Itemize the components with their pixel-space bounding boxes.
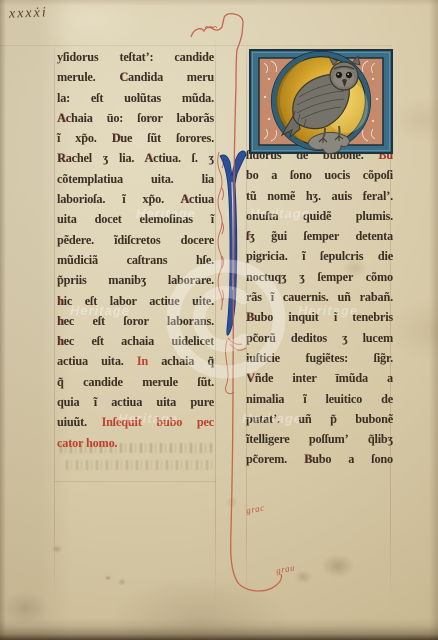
body-text: p̃priis manibʒ laborare. bbox=[57, 273, 214, 287]
owl-miniature bbox=[249, 49, 393, 154]
text-line: yſidorus teſtatʼ: candide bbox=[57, 47, 214, 67]
text-line: putatʼ. uñ p̃ bubonẽ bbox=[246, 409, 393, 429]
body-text: merule. bbox=[57, 70, 119, 84]
text-line: ſʒ g̃ui ſemper detenta bbox=[246, 226, 393, 246]
body-text: R bbox=[57, 151, 66, 165]
text-line: noctuqʒ ʒ ſemper cõmo bbox=[246, 267, 393, 287]
body-text: yſidorus teſtatʼ: candide bbox=[57, 50, 214, 64]
body-text: ec eſt ſoror laborans. bbox=[64, 314, 214, 328]
text-line: uita docet elemoſinas ĩ bbox=[57, 209, 214, 229]
text-line: merule. Candida meru bbox=[57, 67, 214, 87]
body-text: ctiua. ſ. ʒ bbox=[153, 151, 214, 165]
text-line: pigricia. ĩ ſepulcris die bbox=[246, 246, 393, 266]
body-text: ubo inquit ĩ tenebris bbox=[254, 310, 393, 324]
text-line: p̃priis manibʒ laborare. bbox=[57, 270, 214, 290]
body-text: cõtemplatiua uita. lia bbox=[57, 172, 214, 186]
body-text: h bbox=[57, 294, 64, 308]
text-line: onuſta quidẽ plumis. bbox=[246, 206, 393, 226]
body-text: nimalia ĩ leuitico de bbox=[246, 392, 393, 406]
body-text: pẽdere. ĩdiſcretos docere bbox=[57, 233, 214, 247]
text-line: cator homo. bbox=[57, 433, 214, 453]
body-text: A bbox=[144, 151, 153, 165]
body-text: chaia ūo: ſoror laborãs bbox=[66, 111, 214, 125]
body-text: mũdiciã caſtrans hſe. bbox=[57, 253, 214, 267]
text-line: ĩtelligere poſſumʼ q̃libʒ bbox=[246, 429, 393, 449]
body-text: ñde inter īmũda a bbox=[255, 371, 393, 385]
body-text: C bbox=[119, 70, 128, 84]
text-line: la: eſt uolũtas mũda. bbox=[57, 88, 214, 108]
body-text: uita docet elemoſinas ĩ bbox=[57, 212, 214, 226]
body-text: ubo a ſono bbox=[312, 452, 393, 466]
text-line: hec eſt ſoror laborans. bbox=[57, 311, 214, 331]
body-text: ĩ xp̃o. bbox=[57, 131, 112, 145]
body-text: la: eſt uolũtas mũda. bbox=[57, 91, 214, 105]
body-text: tũ nomẽ hʒ. auis feralʼ. bbox=[246, 189, 393, 203]
rubric-text: Inſequit bubo pec bbox=[102, 415, 214, 429]
text-line: Vñde inter īmũda a bbox=[246, 368, 393, 388]
text-line: nimalia ĩ leuitico de bbox=[246, 389, 393, 409]
text-line: actiua uita. In achaia q̃ bbox=[57, 351, 214, 371]
body-text: h bbox=[57, 314, 64, 328]
text-line: Bubo inquit ĩ tenebris bbox=[246, 307, 393, 327]
initial-y bbox=[216, 148, 250, 398]
body-text: bo a ſono uocis cõpoſi bbox=[246, 168, 393, 182]
body-text: ic eſt labor actiue uite. bbox=[64, 294, 214, 308]
body-text: achaia q̃ bbox=[148, 354, 214, 368]
show-through-text bbox=[66, 460, 212, 470]
text-line: Achaia ūo: ſoror laborãs bbox=[57, 108, 214, 128]
text-line: hic eſt labor actiue uite. bbox=[57, 291, 214, 311]
text-line: iuſticie fugiẽtes: ſig̃r. bbox=[246, 348, 393, 368]
ruling-line-horizontal bbox=[0, 45, 392, 46]
text-line: rãs ĩ cauernis. uñ rabañ. bbox=[246, 287, 393, 307]
text-line: ĩ xp̃o. Due ſũt ſorores. bbox=[57, 128, 214, 148]
body-text: onuſta quidẽ plumis. bbox=[246, 209, 393, 223]
body-text: actiua uita. bbox=[57, 354, 137, 368]
body-text: A bbox=[57, 111, 66, 125]
text-line: pẽdere. ĩdiſcretos docere bbox=[57, 230, 214, 250]
body-text: putatʼ. uñ p̃ bubonẽ bbox=[246, 412, 393, 426]
text-line: cõtemplatiua uita. lia bbox=[57, 169, 214, 189]
text-line: quia ĩ actiua uita pure bbox=[57, 392, 214, 412]
text-line: Rachel ʒ lia. Actiua. ſ. ʒ bbox=[57, 148, 214, 168]
text-line: hec eſt achaia uidelicet bbox=[57, 331, 214, 351]
body-text: pigricia. ĩ ſepulcris die bbox=[246, 249, 393, 263]
left-text-column: yſidorus teſtatʼ: candidemerule. Candida… bbox=[57, 47, 214, 453]
body-text: quia ĩ actiua uita pure bbox=[57, 395, 214, 409]
body-text: q̃ candide merule ſũt. bbox=[57, 375, 214, 389]
manuscript-page: xxxẋi yſidorus teſtatʼ: candidemerule. C… bbox=[0, 0, 438, 640]
pen-trial-word: grau bbox=[275, 562, 295, 575]
text-line: laborioſa. ĩ xp̃o. Actiua bbox=[57, 189, 214, 209]
text-line: bo a ſono uocis cõpoſi bbox=[246, 165, 393, 185]
body-text: B bbox=[304, 452, 312, 466]
body-text: noctuqʒ ʒ ſemper cõmo bbox=[246, 270, 393, 284]
text-line: q̃ candide merule ſũt. bbox=[57, 372, 214, 392]
pen-trial-word: grac bbox=[245, 502, 265, 515]
body-text: ʒ g̃ui ſemper detenta bbox=[249, 229, 393, 243]
text-line: mũdiciã caſtrans hſe. bbox=[57, 250, 214, 270]
ruling-line-horizontal bbox=[54, 481, 216, 482]
body-text: ĩtelligere poſſumʼ q̃libʒ bbox=[246, 432, 393, 446]
text-line: tũ nomẽ hʒ. auis feralʼ. bbox=[246, 186, 393, 206]
body-text: laborioſa. ĩ xp̃o. bbox=[57, 192, 180, 206]
body-text: rãs ĩ cauernis. uñ rabañ. bbox=[246, 290, 393, 304]
text-line: pc̃orem. Bubo a ſono bbox=[246, 449, 393, 469]
rubric-text: cator homo. bbox=[57, 436, 117, 450]
folio-number: xxxẋi bbox=[9, 5, 48, 22]
body-text: andida meru bbox=[128, 70, 214, 84]
body-text: ec eſt achaia uidelicet bbox=[64, 334, 214, 348]
body-text: A bbox=[180, 192, 189, 206]
ruling-line-vertical bbox=[54, 38, 55, 608]
body-text: achel ʒ lia. bbox=[66, 151, 145, 165]
body-text: iuſticie fugiẽtes: ſig̃r. bbox=[246, 351, 393, 365]
body-text: h bbox=[57, 334, 64, 348]
body-text: ctiua bbox=[189, 192, 214, 206]
body-text: pc̃orũ deditos ʒ lucem bbox=[246, 331, 393, 345]
rubric-text: In bbox=[137, 354, 148, 368]
body-text: ue ſũt ſorores. bbox=[120, 131, 214, 145]
text-line: uiuũt. Inſequit bubo pec bbox=[57, 412, 214, 432]
right-text-column: ſidorus de bubone. Bubo a ſono uocis cõp… bbox=[246, 145, 393, 470]
text-line: pc̃orũ deditos ʒ lucem bbox=[246, 328, 393, 348]
body-text: uiuũt. bbox=[57, 415, 102, 429]
body-text: pc̃orem. bbox=[246, 452, 304, 466]
